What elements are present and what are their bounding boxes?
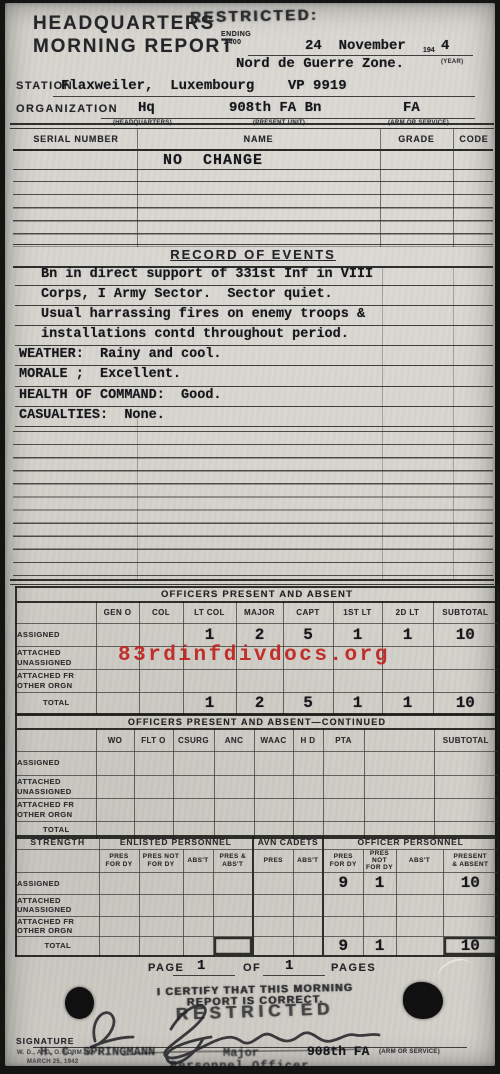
officers-corner-cell [16, 602, 96, 623]
blank-divider-grade [382, 419, 383, 579]
strength-table: STRENGTH ENLISTED PERSONNEL AVN CADETS O… [15, 835, 499, 957]
strength-row-label: ASSIGNED [16, 872, 99, 894]
officers-row-label: ASSIGNED [16, 623, 96, 646]
officers-total-subtotal: 10 [433, 692, 498, 714]
officers2-col: WO [96, 729, 134, 751]
page-label: PAGE [148, 962, 184, 974]
report-date: 24 November [305, 38, 406, 54]
ending-time: 2400 [224, 39, 242, 46]
officers-assigned-1stlt: 1 [333, 623, 382, 646]
strength-assigned-off-presnot: 1 [363, 872, 396, 894]
officers-col: GEN O [96, 602, 139, 623]
officers-assigned-ltcol: 1 [183, 623, 236, 646]
officers2-col: FLT O [134, 729, 173, 751]
officers-col: COL [139, 602, 183, 623]
strength-row-label: TOTAL [16, 936, 99, 956]
officers-table-title: OFFICERS PRESENT AND ABSENT [16, 587, 498, 602]
record-of-events-body: Bn in direct support of 331st Inf in VII… [15, 266, 493, 427]
events-divider-code [453, 266, 454, 419]
signed-unit: 908th FA [307, 1044, 369, 1059]
event-line: HEALTH OF COMMAND: Good. [15, 387, 493, 407]
officers-continued-table: OFFICERS PRESENT AND ABSENT—CONTINUED WO… [15, 714, 499, 839]
officers-assigned-2dlt: 1 [382, 623, 433, 646]
strength-corner-cell [16, 849, 99, 872]
officers2-corner-cell [16, 729, 96, 751]
blank-divider-serial [137, 419, 138, 579]
officers2-col: ANC [214, 729, 254, 751]
roster-entry-no-change: NO CHANGE [163, 152, 263, 169]
arm-caption-footer: (ARM OR SERVICE) [379, 1049, 440, 1055]
roster-col-serial: SERIAL NUMBER [15, 134, 137, 144]
form-title-line2: MORNING REPORT [33, 36, 234, 58]
roster-col-grade: GRADE [380, 134, 453, 144]
scanned-morning-report: { "header": { "title_line1": "HEADQUARTE… [0, 0, 500, 1074]
record-of-events-banner: RECORD OF EVENTS [13, 244, 493, 268]
zone-value: Nord de Guerre Zone. [236, 56, 404, 72]
strength-group-officer: OFFICER PERSONNEL [323, 836, 498, 849]
officers-col: CAPT [283, 602, 333, 623]
strength-assigned-off-pres: 9 [323, 872, 363, 894]
station-value: Flaxweiler, Luxembourg VP 9919 [61, 78, 347, 94]
officers-total-2dlt: 1 [382, 692, 433, 714]
organization-label: ORGANIZATION [16, 103, 118, 115]
officers-total-ltcol: 1 [183, 692, 236, 714]
officers2-row-label: ATTACHED UNASSIGNED [16, 775, 96, 798]
paper-scratch [434, 954, 477, 991]
org-unit-value: 908th FA Bn [229, 100, 321, 116]
restricted-stamp-top: RESTRICTED: [190, 7, 319, 27]
year-preprint: 194 [423, 47, 435, 54]
blank-rows-band [13, 419, 493, 579]
strength-total-off-pres: 9 [323, 936, 363, 956]
officers2-col [364, 729, 434, 751]
officers-col: 2D LT [382, 602, 433, 623]
roster-divider-serial [137, 129, 138, 247]
roster-divider-grade [380, 129, 381, 247]
page-number-rule [173, 975, 235, 976]
officers-row-label: TOTAL [16, 692, 96, 714]
roster-header-rule [13, 149, 493, 151]
officers-col: MAJOR [236, 602, 283, 623]
event-line: Usual harrassing fires on enemy troops & [15, 306, 493, 326]
section-divider [10, 579, 494, 585]
year-typed: 4 [441, 38, 449, 54]
event-line: Bn in direct support of 331st Inf in VII… [15, 266, 493, 286]
officers-col: LT COL [183, 602, 236, 623]
strength-group-avn-cadets: AVN CADETS [253, 836, 323, 849]
officers-continued-title: OFFICERS PRESENT AND ABSENT—CONTINUED [16, 715, 498, 729]
partial-bottom-line: Personnel Officer [170, 1059, 309, 1073]
page-number: 1 [197, 958, 205, 974]
officers-total-major: 2 [236, 692, 283, 714]
strength-row-label: ATTACHED UNASSIGNED [16, 894, 99, 916]
strength-assigned-off-total: 10 [443, 872, 498, 894]
officers-assigned-subtotal: 10 [433, 623, 498, 646]
station-rule [53, 96, 475, 97]
officers2-row-label: ASSIGNED [16, 751, 96, 775]
strength-title: STRENGTH [16, 836, 99, 849]
officers-col: 1ST LT [333, 602, 382, 623]
officers-row-label: ATTACHED FR OTHER ORGN [16, 669, 96, 692]
officers2-col: PTA [323, 729, 364, 751]
strength-total-off-presnot: 1 [363, 936, 396, 956]
officers2-col: SUBTOTAL [434, 729, 498, 751]
officers-row-label: ATTACHED UNASSIGNED [16, 646, 96, 669]
officers2-col: CSURG [173, 729, 214, 751]
signed-grade: Major [223, 1046, 259, 1060]
year-caption: (YEAR) [441, 59, 463, 65]
pages-label: PAGES [331, 962, 376, 974]
watermark-text: 83rdinfdivdocs.org [118, 644, 390, 667]
officers2-col: H D [293, 729, 323, 751]
event-line: installations contd throughout period. [15, 326, 493, 346]
officers-assigned-major: 2 [236, 623, 283, 646]
event-line: WEATHER: Rainy and cool. [15, 346, 493, 366]
strength-row-label: ATTACHED FR OTHER ORGN [16, 916, 99, 936]
org-hq-value: Hq [138, 100, 155, 116]
pages-total: 1 [285, 958, 293, 974]
of-label: OF [243, 962, 261, 974]
officers-col: SUBTOTAL [433, 602, 498, 623]
roster-col-code: CODE [453, 134, 495, 144]
officers-total-1stlt: 1 [333, 692, 382, 714]
punch-hole-right [403, 982, 443, 1019]
header-divider [10, 123, 494, 129]
strength-total-off-total: 10 [443, 936, 498, 956]
blank-divider-code [453, 419, 454, 579]
blank-roster-rows [13, 169, 493, 247]
officers2-col: WAAC [254, 729, 293, 751]
organization-rule [101, 118, 475, 119]
form-print: W. D., A. G. O. FORM NO. 1 [17, 1050, 101, 1056]
roster-divider-code [453, 129, 454, 247]
paper-sheet: HEADQUARTERS RESTRICTED: MORNING REPORT … [5, 3, 495, 1066]
roster-col-name: NAME [137, 134, 380, 144]
org-arm-value: FA [403, 100, 420, 116]
record-of-events-title: RECORD OF EVENTS [13, 247, 493, 262]
form-title-line1: HEADQUARTERS [33, 13, 215, 35]
events-divider-grade [382, 266, 383, 419]
form-date: MARCH 25, 1942 [27, 1059, 79, 1065]
officers-assigned-capt: 5 [283, 623, 333, 646]
event-line: MORALE ; Excellent. [15, 366, 493, 386]
officers-total-capt: 5 [283, 692, 333, 714]
officers2-row-label: ATTACHED FR OTHER ORGN [16, 798, 96, 821]
pages-total-rule [263, 975, 325, 976]
strength-group-enlisted: ENLISTED PERSONNEL [99, 836, 253, 849]
ending-label: ENDING [221, 31, 251, 38]
event-line: Corps, I Army Sector. Sector quiet. [15, 286, 493, 306]
